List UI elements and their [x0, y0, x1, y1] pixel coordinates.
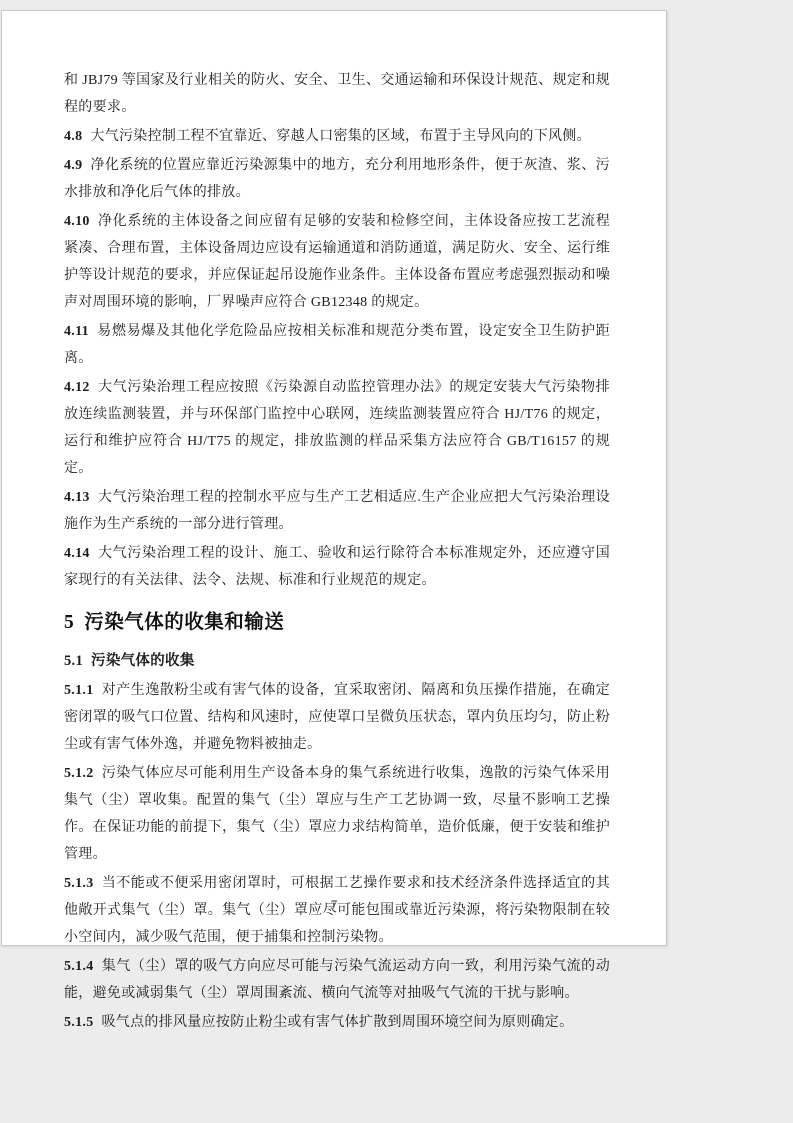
- paragraph-4-11: 4.11易燃易爆及其他化学危险品应按相关标准和规范分类布置，设定安全卫生防护距离…: [64, 318, 610, 372]
- clause-text: 大气污染控制工程不宜靠近、穿越人口密集的区域，布置于主导风向的下风侧。: [90, 129, 591, 144]
- clause-text: 净化系统的主体设备之间应留有足够的安装和检修空间，主体设备应按工艺流程紧凑、合理…: [64, 214, 610, 310]
- paragraph-4-9: 4.9净化系统的位置应靠近污染源集中的地方，充分利用地形条件，便于灰渣、浆、污水…: [64, 152, 610, 206]
- page-content: 和 JBJ79 等国家及行业相关的防火、安全、卫生、交通运输和环保设计规范、规定…: [64, 67, 610, 1038]
- clause-number: 4.12: [64, 380, 90, 395]
- page-number: 7: [2, 897, 666, 913]
- subsection-title: 污染气体的收集: [91, 653, 195, 669]
- section-heading-5: 5污染气体的收集和输送: [64, 608, 610, 638]
- clause-number: 4.9: [64, 158, 82, 173]
- document-page: 和 JBJ79 等国家及行业相关的防火、安全、卫生、交通运输和环保设计规范、规定…: [1, 10, 667, 946]
- clause-number: 4.11: [64, 324, 89, 339]
- clause-number: 4.14: [64, 546, 90, 561]
- subsection-number: 5.1: [64, 653, 83, 669]
- paragraph-5-1-1: 5.1.1对产生逸散粉尘或有害气体的设备，宜采取密闭、隔离和负压操作措施，在确定…: [64, 677, 610, 758]
- paragraph-4-10: 4.10净化系统的主体设备之间应留有足够的安装和检修空间，主体设备应按工艺流程紧…: [64, 208, 610, 316]
- clause-text: 大气污染治理工程应按照《污染源自动监控管理办法》的规定安装大气污染物排放连续监测…: [64, 380, 610, 476]
- clause-text: 吸气点的排风量应按防止粉尘或有害气体扩散到周围环境空间为原则确定。: [102, 1015, 574, 1030]
- paragraph-continuation: 和 JBJ79 等国家及行业相关的防火、安全、卫生、交通运输和环保设计规范、规定…: [64, 67, 610, 121]
- section-title: 污染气体的收集和输送: [84, 612, 284, 633]
- clause-text: 净化系统的位置应靠近污染源集中的地方，充分利用地形条件，便于灰渣、浆、污水排放和…: [64, 158, 610, 200]
- paragraph-5-1-2: 5.1.2污染气体应尽可能利用生产设备本身的集气系统进行收集，逸散的污染气体采用…: [64, 760, 610, 868]
- subsection-heading-5-1: 5.1污染气体的收集: [64, 648, 610, 675]
- clause-number: 5.1.1: [64, 683, 94, 698]
- clause-text: 和 JBJ79 等国家及行业相关的防火、安全、卫生、交通运输和环保设计规范、规定…: [64, 73, 610, 115]
- paragraph-5-1-5: 5.1.5吸气点的排风量应按防止粉尘或有害气体扩散到周围环境空间为原则确定。: [64, 1009, 610, 1036]
- paragraph-4-13: 4.13大气污染治理工程的控制水平应与生产工艺相适应.生产企业应把大气污染治理设…: [64, 484, 610, 538]
- section-number: 5: [64, 612, 74, 633]
- clause-number: 5.1.3: [64, 876, 94, 891]
- clause-text: 大气污染治理工程的设计、施工、验收和运行除符合本标准规定外，还应遵守国家现行的有…: [64, 546, 610, 588]
- clause-text: 集气（尘）罩的吸气方向应尽可能与污染气流运动方向一致，利用污染气流的动能，避免或…: [64, 959, 610, 1001]
- clause-text: 污染气体应尽可能利用生产设备本身的集气系统进行收集，逸散的污染气体采用集气（尘）…: [64, 766, 610, 862]
- clause-number: 4.13: [64, 490, 90, 505]
- clause-number: 5.1.2: [64, 766, 94, 781]
- paragraph-4-14: 4.14大气污染治理工程的设计、施工、验收和运行除符合本标准规定外，还应遵守国家…: [64, 540, 610, 594]
- paragraph-5-1-4: 5.1.4集气（尘）罩的吸气方向应尽可能与污染气流运动方向一致，利用污染气流的动…: [64, 953, 610, 1007]
- clause-text: 大气污染治理工程的控制水平应与生产工艺相适应.生产企业应把大气污染治理设施作为生…: [64, 490, 610, 532]
- clause-number: 4.10: [64, 214, 90, 229]
- clause-text: 易燃易爆及其他化学危险品应按相关标准和规范分类布置，设定安全卫生防护距离。: [64, 324, 610, 366]
- clause-number: 5.1.5: [64, 1015, 94, 1030]
- paragraph-4-8: 4.8大气污染控制工程不宜靠近、穿越人口密集的区域，布置于主导风向的下风侧。: [64, 123, 610, 150]
- paragraph-4-12: 4.12大气污染治理工程应按照《污染源自动监控管理办法》的规定安装大气污染物排放…: [64, 374, 610, 482]
- document-viewer: 和 JBJ79 等国家及行业相关的防火、安全、卫生、交通运输和环保设计规范、规定…: [0, 0, 793, 1123]
- clause-text: 对产生逸散粉尘或有害气体的设备，宜采取密闭、隔离和负压操作措施，在确定密闭罩的吸…: [64, 683, 610, 752]
- clause-number: 5.1.4: [64, 959, 94, 974]
- clause-number: 4.8: [64, 129, 82, 144]
